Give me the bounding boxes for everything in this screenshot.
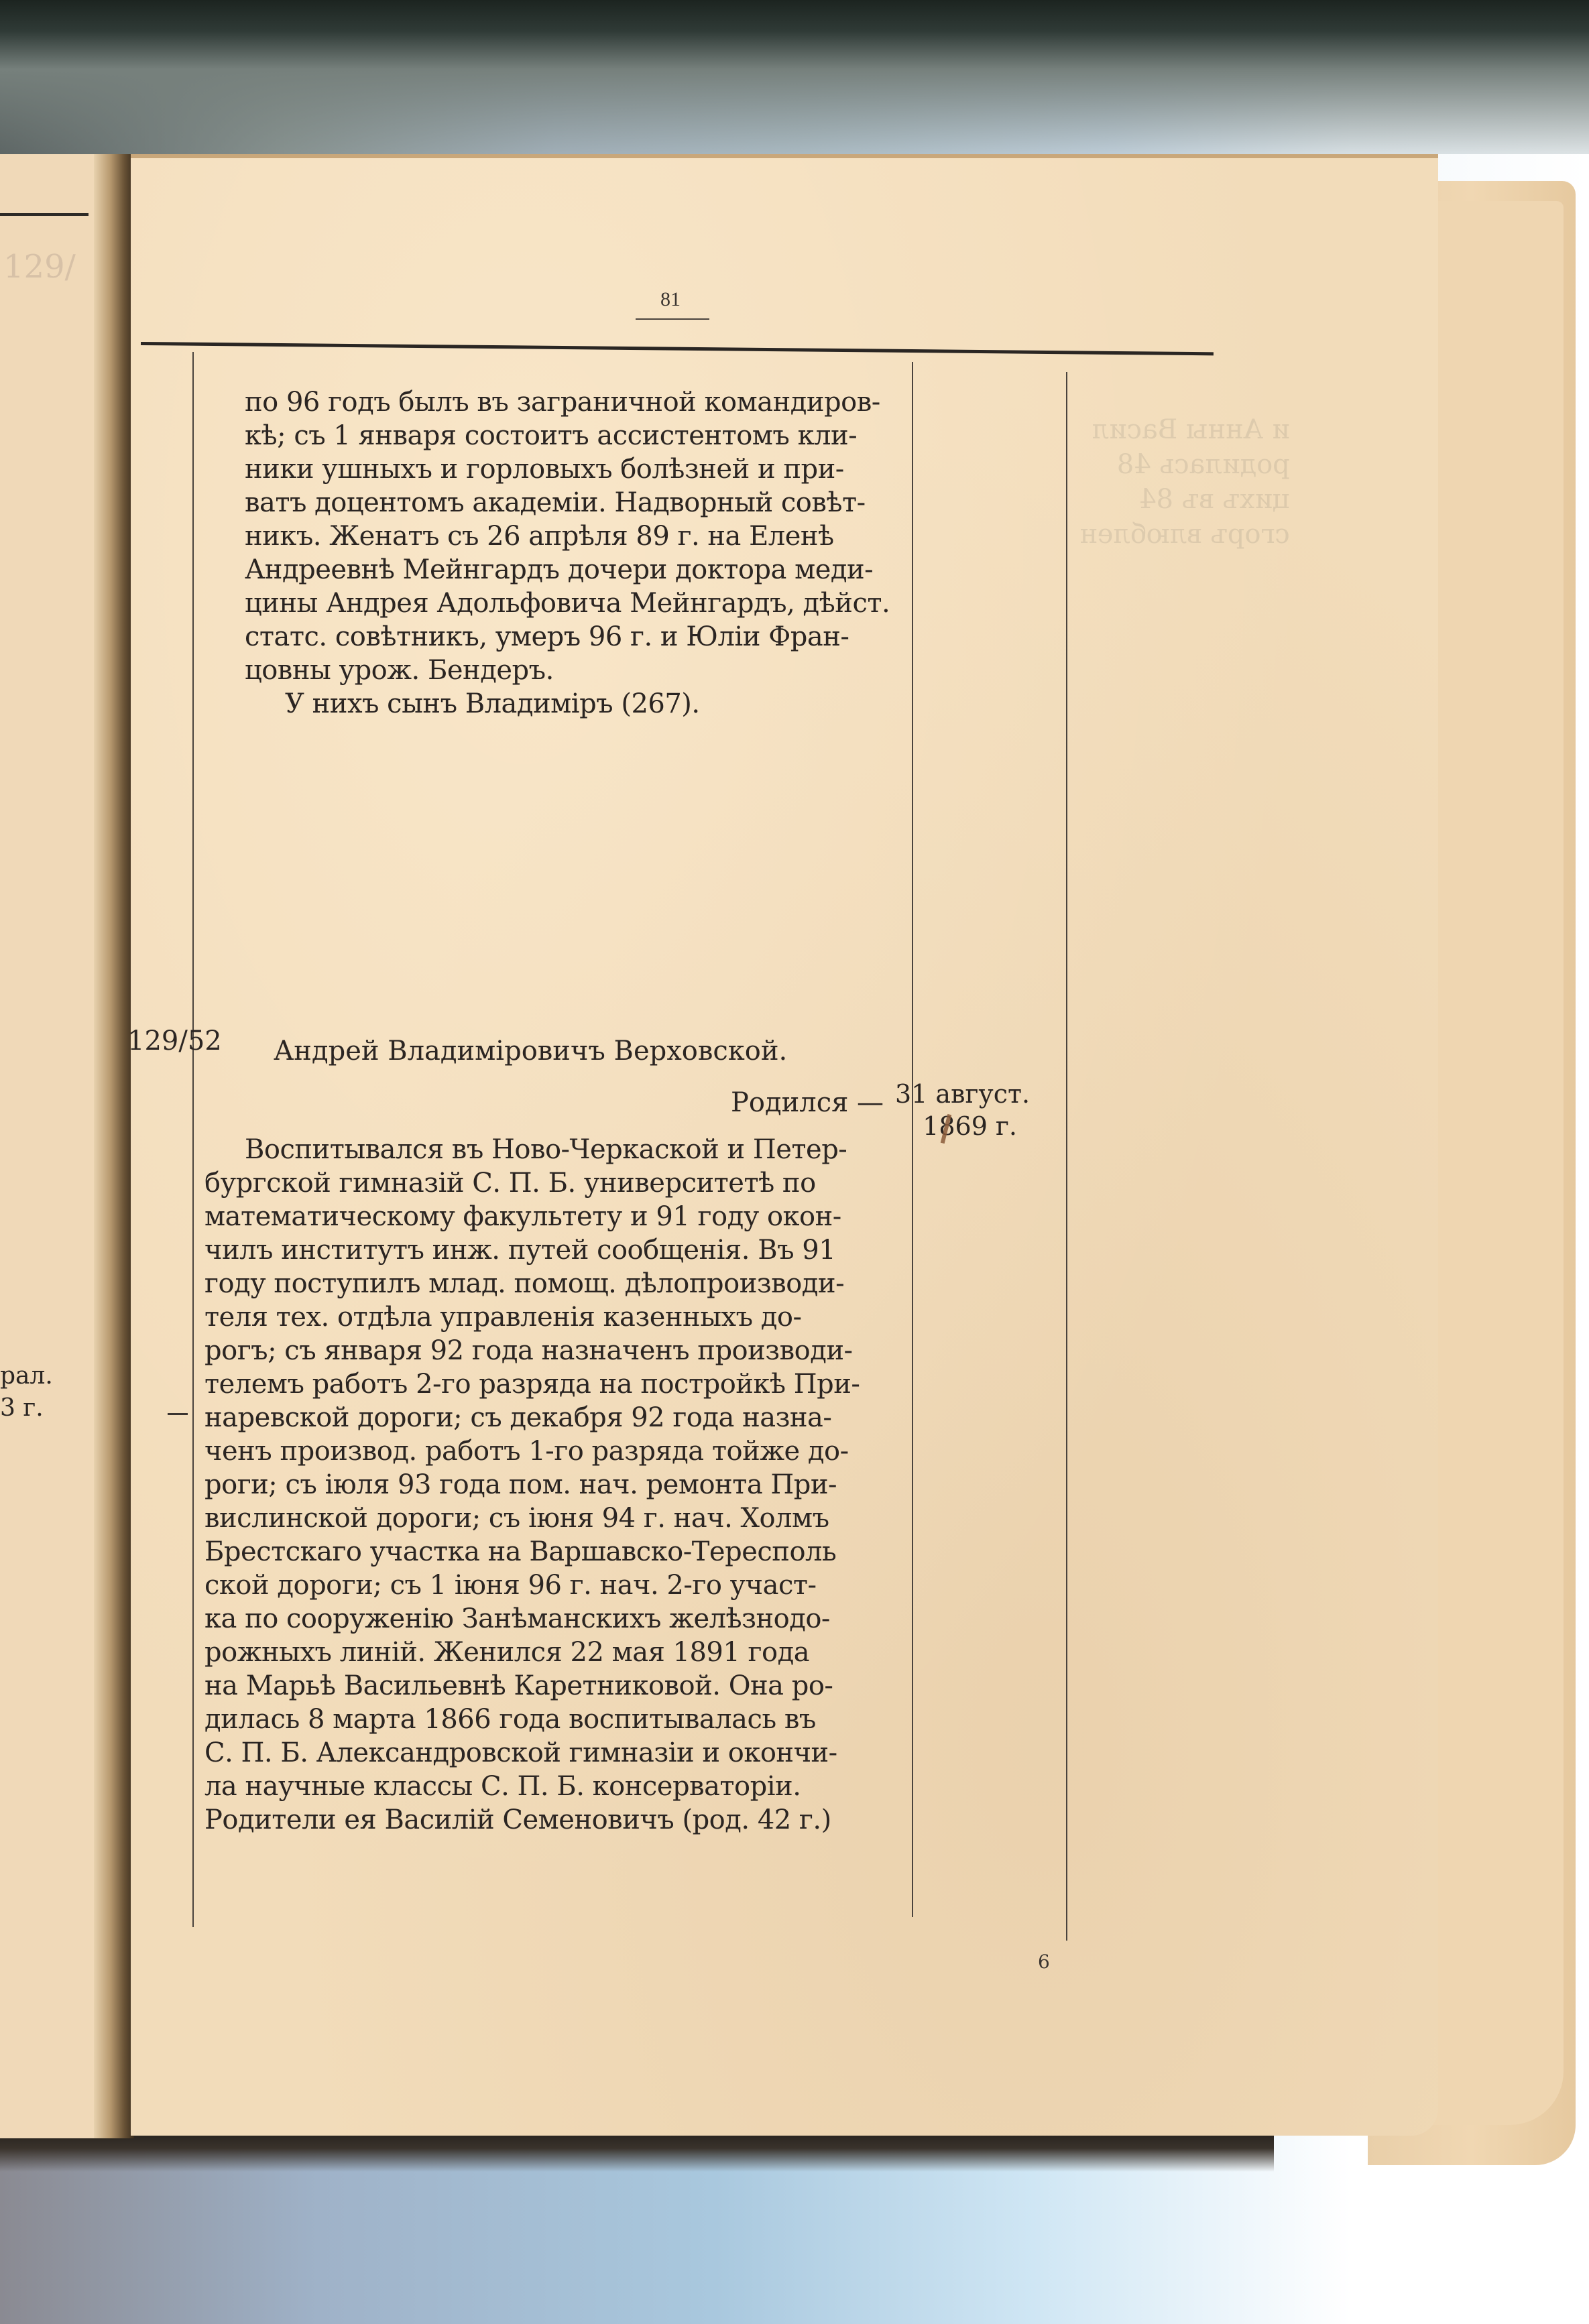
column-divider-3 [1066, 372, 1067, 1941]
margin-dash [168, 1413, 188, 1415]
left-page-header-rule [0, 213, 89, 216]
book-gutter [94, 154, 134, 2138]
born-label: Родился — [731, 1087, 884, 1118]
left-page-fragment-2: 3 г. [0, 1393, 44, 1424]
scanner-background-top [0, 0, 1589, 154]
signature-mark: 6 [1038, 1951, 1050, 1973]
entry-number: 129/52 [127, 1026, 222, 1056]
column-divider-1 [192, 352, 194, 1927]
entry-name: Андрей Владиміровичъ Верховской. [274, 1036, 787, 1066]
left-page: 129/ [0, 154, 101, 2138]
biography-paragraph: Воспитывался въ Ново-Черкаской и Петер- … [204, 1133, 860, 1837]
left-page-fragment-1: рал. [0, 1361, 53, 1392]
born-date: 31 август. 1869 г. [895, 1078, 1030, 1142]
children-line: У нихъ сынъ Владиміръ (267). [245, 687, 890, 721]
page-number: 81 [660, 288, 681, 311]
continuation-paragraph: по 96 годъ былъ въ заграничной командиро… [245, 385, 890, 721]
born-date-year: 1869 г. [895, 1110, 1030, 1142]
born-date-day: 31 август. [895, 1079, 1030, 1109]
page-number-underline [636, 318, 709, 320]
show-through-text: и Анны Васил родилась 48 цихъ въ 84 сгор… [1079, 412, 1290, 552]
left-page-ghost-number: 129/ [3, 248, 76, 286]
